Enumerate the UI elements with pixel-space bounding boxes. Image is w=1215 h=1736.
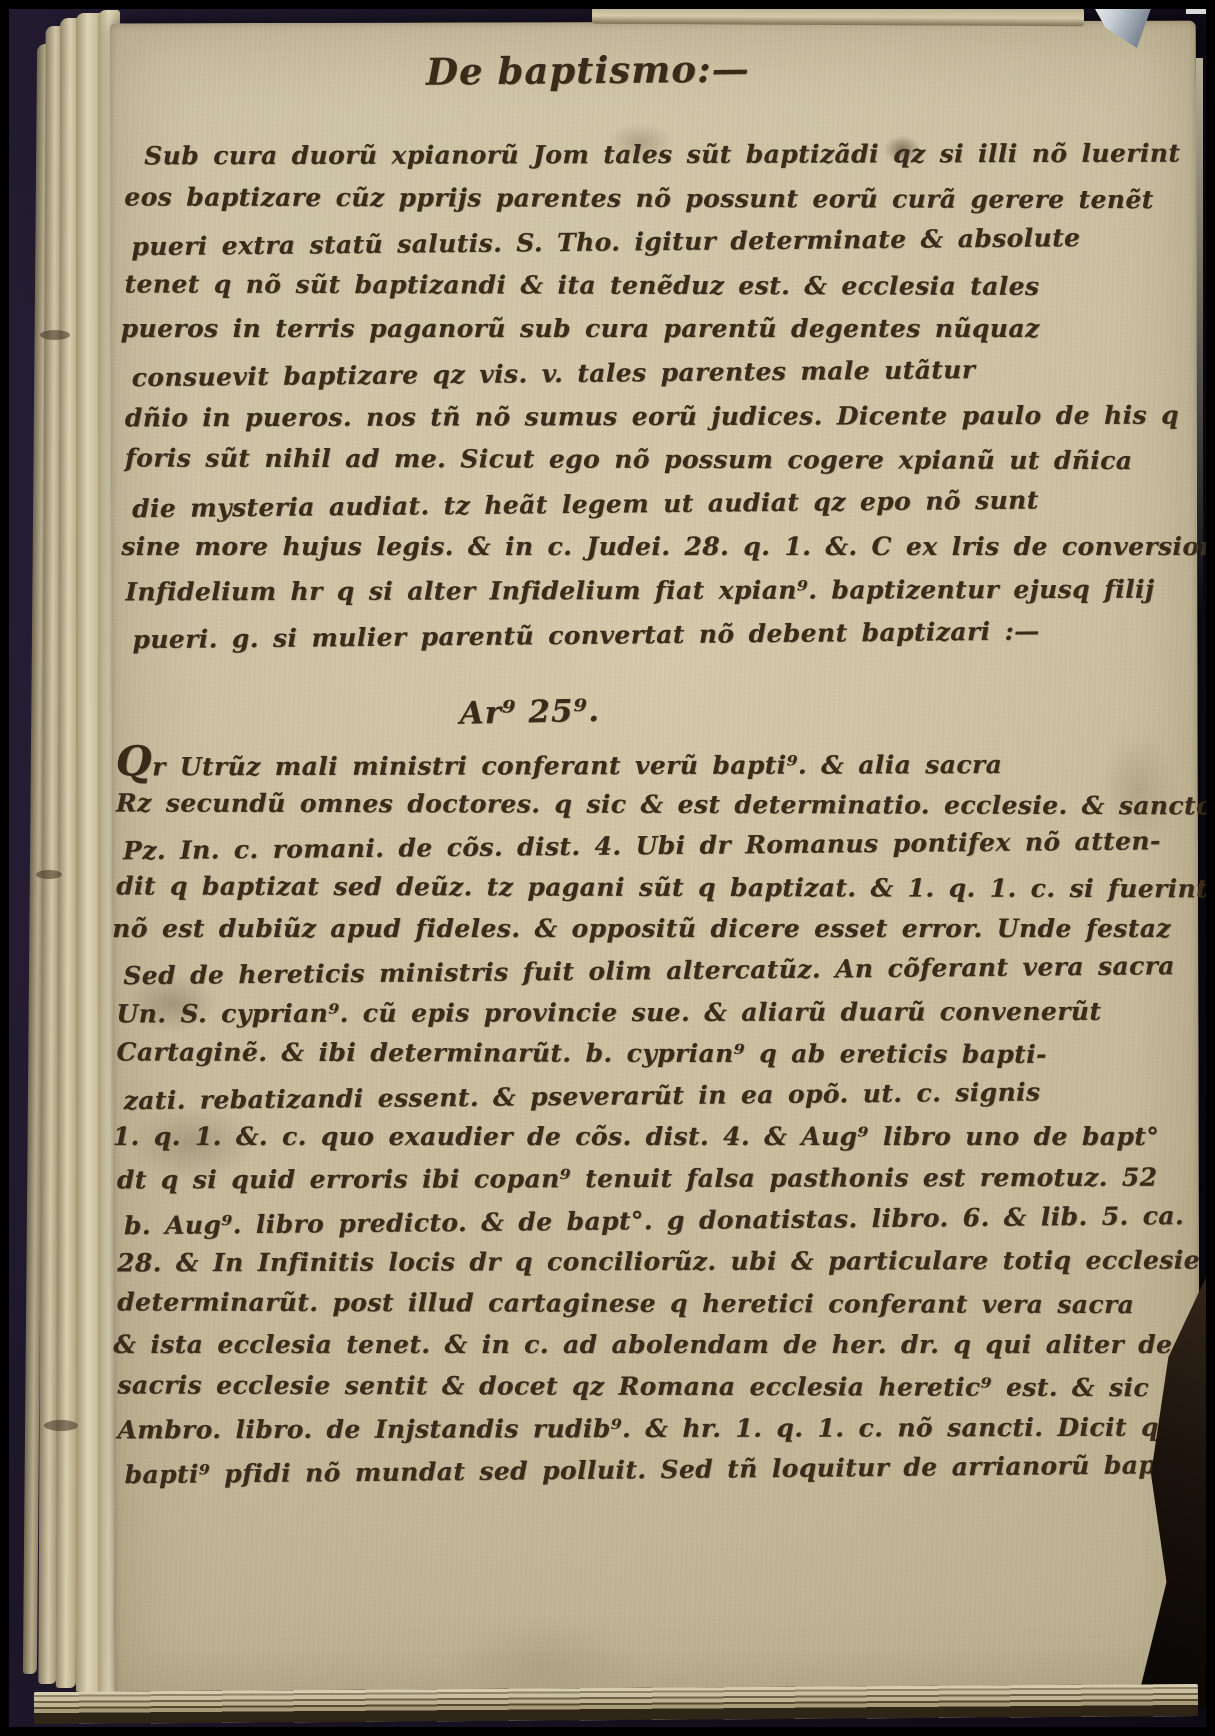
manuscript-line: zati. rebatizandi essent. & pseverarũt i… xyxy=(123,1075,1215,1127)
manuscript-line: dt q si quid erroris ibi copan⁹ tenuit f… xyxy=(117,1162,1215,1207)
manuscript-line: & ista ecclesia tenet. & in c. ad abolen… xyxy=(113,1330,1215,1372)
manuscript-line: Sed de hereticis ministris fuit olim alt… xyxy=(123,950,1215,1002)
manuscript-line: Rz secundũ omnes doctores. q sic & est d… xyxy=(116,788,1215,833)
fore-edge-highlight xyxy=(1196,58,1203,618)
manuscript-photo: De baptismo:— Sub cura duorũ xpianorũ Jo… xyxy=(0,0,1215,1736)
manuscript-line: b. Aug⁹. libro predicto. & de bapt°. g d… xyxy=(124,1200,1215,1252)
deckle-nick xyxy=(36,870,62,879)
manuscript-line: Qr Utrũz mali ministri conferant verũ ba… xyxy=(116,746,1215,791)
manuscript-line: sacris ecclesie sentit & docet qz Romana… xyxy=(117,1370,1215,1415)
manuscript-line: consuevit baptizare qz vis. v. tales par… xyxy=(132,352,1215,406)
manuscript-line: pueri. g. si mulier parentũ convertat nõ… xyxy=(132,614,1215,668)
manuscript-line: Sub cura duorũ xpianorũ Jom tales sũt ba… xyxy=(124,138,1215,185)
paragraph-2: Qr Utrũz mali ministri conferant verũ ba… xyxy=(116,746,1215,1498)
manuscript-line: Un. S. cyprian⁹. cũ epis provincie sue. … xyxy=(116,996,1215,1041)
manuscript-line: die mysteria audiat. tz heãt legem ut au… xyxy=(132,483,1215,537)
manuscript-line: pueri extra statũ salutis. S. Tho. igitu… xyxy=(131,222,1215,276)
manuscript-line: Ambro. libro. de Injstandis rudib⁹. & hr… xyxy=(117,1412,1215,1457)
manuscript-line: dit q baptizat sed deũz. tz pagani sũt q… xyxy=(116,871,1215,916)
manuscript-line: eos baptizare cũz pprijs parentes nõ pos… xyxy=(124,182,1215,229)
manuscript-line: bapti⁹ pfidi nõ mundat sed polluit. Sed … xyxy=(124,1450,1215,1502)
deckle-nick xyxy=(44,1420,78,1431)
deckle-nick xyxy=(40,330,70,340)
section-heading: Ar⁹ 25⁹. xyxy=(459,693,600,732)
manuscript-line: determinarũt. post illud cartaginese q h… xyxy=(117,1287,1215,1332)
corner-paper-sliver xyxy=(1186,0,1215,14)
manuscript-line: tenet q nõ sũt baptizandi & ita tenẽduz … xyxy=(124,269,1215,316)
manuscript-line: foris sũt nihil ad me. Sicut ego nõ poss… xyxy=(125,444,1215,491)
top-leaf-edge xyxy=(592,6,1084,27)
manuscript-line: Cartaginẽ. & ibi determinarũt. b. cypria… xyxy=(116,1038,1215,1083)
manuscript-line: pueros in terris paganorũ sub cura paren… xyxy=(121,314,1215,358)
manuscript-line: 28. & In Infinitis locis dr q conciliorũ… xyxy=(117,1246,1215,1291)
manuscript-line: Pz. In. c. romani. de cõs. dist. 4. Ubi … xyxy=(123,826,1215,878)
manuscript-line: Infidelium hr q si alter Infidelium fiat… xyxy=(125,574,1215,621)
manuscript-line: dñio in pueros. nos tñ nõ sumus eorũ jud… xyxy=(125,400,1215,447)
manuscript-page: De baptismo:— Sub cura duorũ xpianorũ Jo… xyxy=(110,21,1200,1700)
page-title: De baptismo:— xyxy=(426,47,750,94)
paragraph-1: Sub cura duorũ xpianorũ Jom tales sũt ba… xyxy=(124,138,1215,664)
manuscript-line: nõ est dubiũz apud fideles. & oppositũ d… xyxy=(112,914,1215,956)
manuscript-line: sine more hujus legis. & in c. Judei. 28… xyxy=(121,532,1215,576)
manuscript-line: 1. q. 1. &. c. quo exaudier de cõs. dist… xyxy=(113,1122,1215,1164)
